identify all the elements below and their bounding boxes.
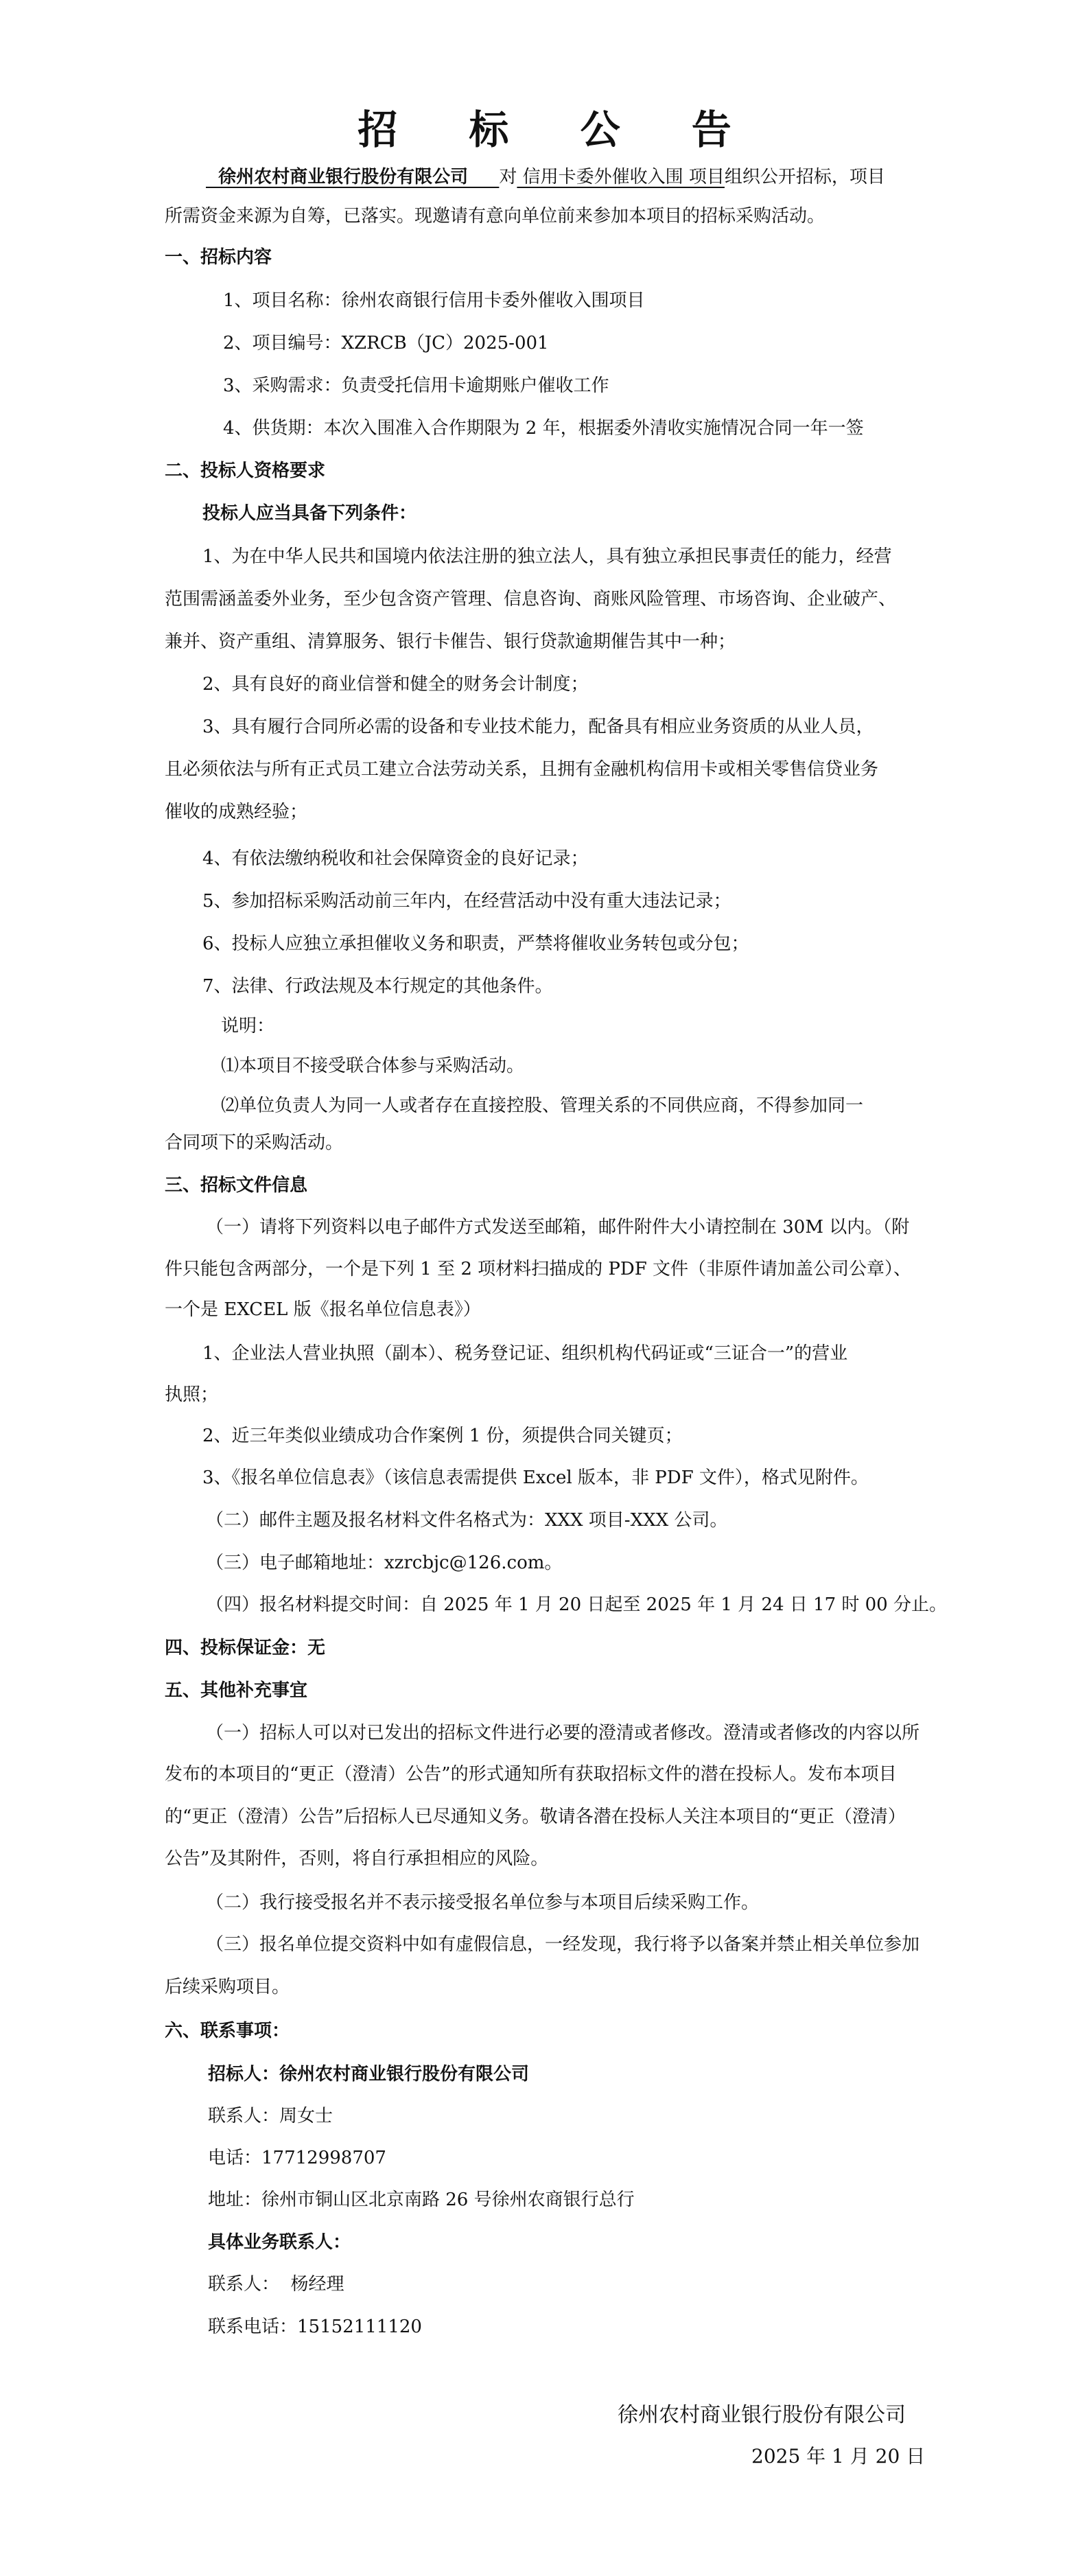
intro-line-1: 徐州农村商业银行股份有限公司 对 信用卡委外催收入围 项目组织公开招标，项目: [206, 167, 885, 187]
page-title: 招 标 公 告: [0, 107, 1089, 152]
section-heading-6: 六、联系事项：: [165, 2021, 290, 2041]
s2-note: ⑵单位负责人为同一人或者存在直接控股、管理关系的不同供应商，不得参加同一: [221, 1095, 863, 1116]
s2-line: 兼并、资产重组、清算服务、银行卡催告、银行贷款逾期催告其中一种；: [165, 631, 736, 652]
s3-line: （二）邮件主题及报名材料文件名格式为：XXX 项目-XXX 公司。: [206, 1510, 727, 1531]
intro-line-2: 所需资金来源为自筹，已落实。现邀请有意向单位前来参加本项目的招标采购活动。: [165, 206, 825, 227]
s2-line: 5、参加招标采购活动前三年内，在经营活动中没有重大违法记录；: [202, 891, 731, 912]
s5-line: （三）报名单位提交资料中如有虚假信息，一经发现，我行将予以备案并禁止相关单位参加: [206, 1934, 920, 1955]
s2-subheading: 投标人应当具备下列条件：: [202, 503, 417, 524]
s2-line: 范围需涵盖委外业务，至少包含资产管理、信息咨询、商账风险管理、市场咨询、企业破产…: [165, 589, 896, 610]
section-heading-1: 一、招标内容: [165, 247, 272, 268]
signature-company: 徐州农村商业银行股份有限公司: [618, 2404, 906, 2427]
biz-contact-phone: 联系电话：15152111120: [208, 2317, 422, 2337]
biz-contact-heading: 具体业务联系人：: [208, 2232, 351, 2253]
contact-address: 地址：徐州市铜山区北京南路 26 号徐州农商银行总行: [208, 2190, 635, 2210]
tenderer-name: 徐州农村商业银行股份有限公司: [206, 167, 499, 187]
s1-item: 1、项目名称：徐州农商银行信用卡委外催收入围项目: [223, 290, 645, 311]
s2-note: ⑴本项目不接受联合体参与采购活动。: [221, 1056, 524, 1076]
biz-contact-person: 联系人： 杨经理: [208, 2274, 344, 2295]
s2-line: 6、投标人应独立承担催收义务和职责，严禁将催收业务转包或分包；: [202, 933, 749, 954]
s3-line: （一）请将下列资料以电子邮件方式发送至邮箱，邮件附件大小请控制在 30M 以内。…: [206, 1217, 909, 1238]
s1-item: 4、供货期：本次入围准入合作期限为 2 年，根据委外清收实施情况合同一年一签: [223, 418, 864, 439]
s2-line: 且必须依法与所有正式员工建立合法劳动关系，且拥有金融机构信用卡或相关零售信贷业务: [165, 759, 878, 780]
s3-line: 3、《报名单位信息表》（该信息表需提供 Excel 版本，非 PDF 文件），格…: [202, 1467, 869, 1488]
s2-line: 7、法律、行政法规及本行规定的其他条件。: [202, 976, 553, 997]
intro-dui: 对: [499, 167, 517, 187]
s2-line: 4、有依法缴纳税收和社会保障资金的良好记录；: [202, 848, 589, 869]
s5-line: 的“更正（澄清）公告”后招标人已尽通知义务。敬请各潜在投标人关注本项目的“更正（…: [165, 1807, 906, 1827]
s5-line: 发布的本项目的“更正（澄清）公告”的形式通知所有获取招标文件的潜在投标人。发布本…: [165, 1764, 897, 1785]
section-heading-4: 四、投标保证金：无: [165, 1638, 325, 1658]
s3-line: 2、近三年类似业绩成功合作案例 1 份，须提供合同关键页；: [202, 1426, 683, 1446]
s5-line: 后续采购项目。: [165, 1977, 290, 1997]
s2-note-label: 说明：: [221, 1016, 274, 1036]
s2-line: 3、具有履行合同所必需的设备和专业技术能力，配备具有相应业务资质的从业人员，: [202, 717, 874, 737]
s3-line: （四）报名材料提交时间：自 2025 年 1 月 20 日起至 2025 年 1…: [206, 1594, 947, 1615]
s3-line: 执照；: [165, 1384, 218, 1405]
contact-person: 联系人：周女士: [208, 2106, 333, 2126]
signature-date: 2025 年 1 月 20 日: [751, 2445, 925, 2468]
intro-rest: 组织公开招标，项目: [725, 167, 885, 187]
project-name: 信用卡委外催收入围 项目: [517, 167, 725, 187]
s3-line: 件只能包含两部分，一个是下列 1 至 2 项材料扫描成的 PDF 文件（非原件请…: [165, 1259, 911, 1279]
s5-line: （一）招标人可以对已发出的招标文件进行必要的澄清或者修改。澄清或者修改的内容以所: [206, 1723, 920, 1743]
section-heading-2: 二、投标人资格要求: [165, 461, 325, 481]
section-heading-3: 三、招标文件信息: [165, 1175, 307, 1196]
s1-item: 2、项目编号：XZRCB（JC）2025-001: [223, 333, 549, 353]
tenderer-line: 招标人：徐州农村商业银行股份有限公司: [208, 2064, 529, 2085]
s5-line: （二）我行接受报名并不表示接受报名单位参与本项目后续采购工作。: [206, 1892, 759, 1913]
s5-line: 公告”及其附件，否则，将自行承担相应的风险。: [165, 1848, 548, 1869]
s2-line: 2、具有良好的商业信誉和健全的财务会计制度；: [202, 674, 589, 695]
s2-line: 1、为在中华人民共和国境内依法注册的独立法人，具有独立承担民事责任的能力，经营: [202, 546, 892, 567]
s2-line: 催收的成熟经验；: [165, 802, 307, 822]
s2-note: 合同项下的采购活动。: [165, 1133, 343, 1153]
s3-line: 1、企业法人营业执照（副本）、税务登记证、组织机构代码证或“三证合一”的营业: [202, 1343, 847, 1364]
section-heading-5: 五、其他补充事宜: [165, 1680, 307, 1701]
s1-item: 3、采购需求：负责受托信用卡逾期账户催收工作: [223, 375, 609, 396]
s3-email-line: （三）电子邮箱地址：xzrcbjc@126.com。: [206, 1553, 562, 1573]
s3-line: 一个是 EXCEL 版《报名单位信息表》）: [165, 1299, 481, 1320]
contact-phone: 电话：17712998707: [208, 2148, 386, 2168]
